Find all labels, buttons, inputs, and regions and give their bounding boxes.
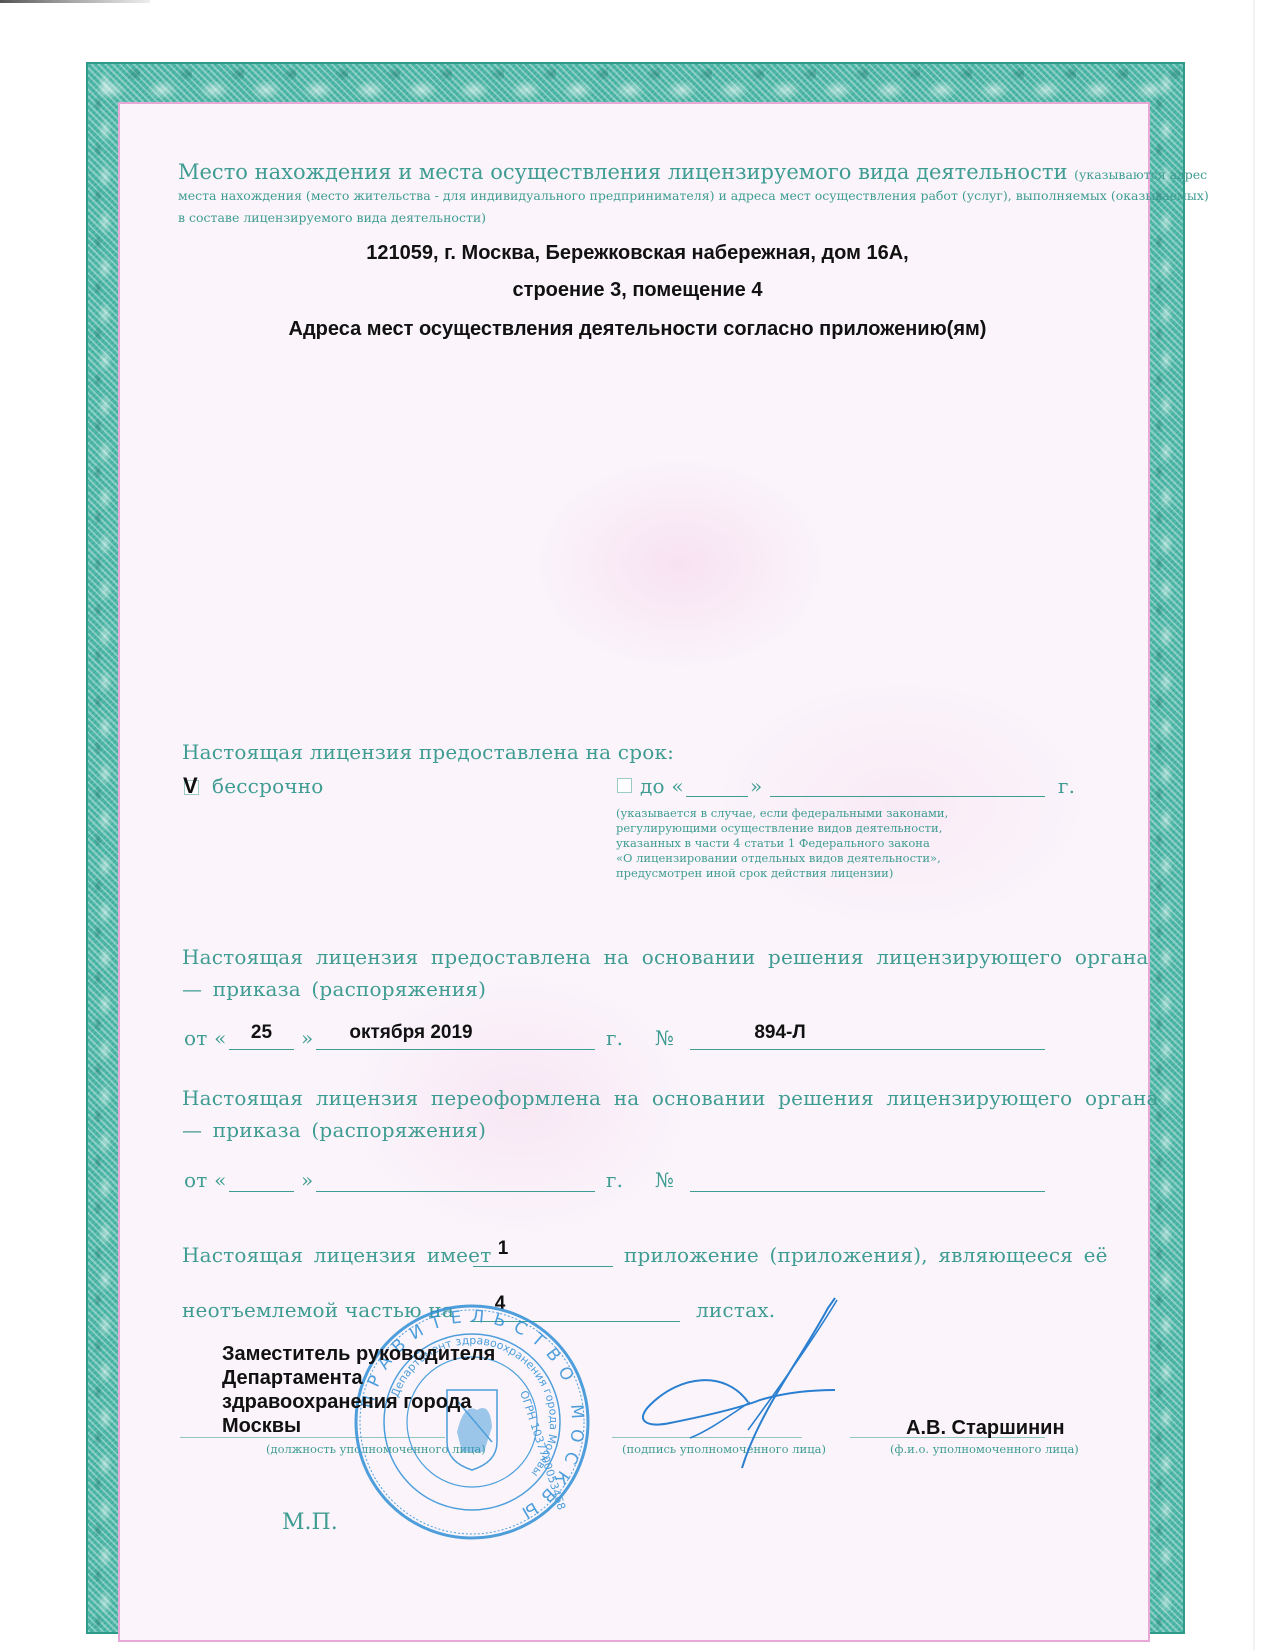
grant-decision-line-1: Настоящая лицензия предоставлена на осно… [182,945,1149,969]
grant-quote-close: » [301,1026,313,1050]
term-until-prefix: до « [640,774,684,798]
checkmark-icon: V [183,773,198,799]
reissue-day-field[interactable] [229,1191,294,1192]
grant-month-year-value: октября 2019 [316,1022,506,1044]
grant-number-label: № [655,1026,674,1050]
appendix-line1-suffix: приложение (приложения), являющееся её [624,1243,1108,1267]
reissue-number-label: № [655,1168,674,1192]
signatory-position-line: Департамента [222,1366,495,1390]
handwritten-signature [630,1290,850,1470]
term-note: (указывается в случае, если федеральными… [616,806,948,881]
reissue-month-year-field[interactable] [316,1191,595,1192]
address-line-3: Адреса мест осуществления деятельности с… [0,318,1275,341]
term-unlimited-label: бессрочно [212,774,324,798]
term-until-day-field[interactable] [686,796,748,797]
reissue-decision-line-1: Настоящая лицензия переоформлена на осно… [182,1086,1159,1110]
seal-place-label: М.П. [282,1510,338,1535]
signatory-name: А.В. Старшинин [906,1417,1065,1440]
term-note-line: «О лицензировании отдельных видов деятел… [616,851,948,866]
reissue-decision-line-2: — приказа (распоряжения) [182,1118,486,1142]
grant-decision-line-2: — приказа (распоряжения) [182,977,486,1001]
term-until-year-suffix: г. [1058,774,1075,798]
grant-year-suffix: г. [606,1026,623,1050]
signatory-position-line: здравоохранения города [222,1390,495,1414]
signatory-position-line: Заместитель руководителя [222,1342,495,1366]
name-caption: (ф.и.о. уполномоченного лица) [890,1442,1079,1456]
address-line-1: 121059, г. Москва, Бережковская набережн… [0,242,1275,265]
reissue-quote-close: » [301,1168,313,1192]
address-line-2: строение 3, помещение 4 [0,279,1275,302]
appendix-count-value: 1 [473,1238,533,1260]
grant-day-value: 25 [229,1022,294,1044]
signatory-position-line: Москвы [222,1414,495,1438]
term-note-line: регулирующими осуществление видов деятел… [616,821,948,836]
term-note-line: указанных в части 4 статьи 1 Федеральног… [616,836,948,851]
location-heading-title: Место нахождения и места осуществления л… [178,160,1067,184]
grant-day-field[interactable] [229,1049,294,1050]
term-label: Настоящая лицензия предоставлена на срок… [182,740,674,764]
location-heading: Место нахождения и места осуществления л… [178,160,1207,184]
grant-number-value: 894-Л [720,1022,840,1044]
appendix-count-field[interactable] [473,1266,613,1267]
scan-edge-mark [0,0,150,3]
location-heading-note-line2: места нахождения (место жительства - для… [178,188,1209,203]
term-until-month-year-field[interactable] [770,796,1045,797]
signatory-position: Заместитель руководителя Департамента зд… [222,1342,495,1438]
term-note-line: (указывается в случае, если федеральными… [616,806,948,821]
location-heading-note: (указываются адрес [1074,167,1207,182]
reissue-number-field[interactable] [690,1191,1045,1192]
guilloche-top-band [88,64,1183,102]
term-note-line: предусмотрен иной срок действия лицензии… [616,866,948,881]
appendix-line1-prefix: Настоящая лицензия имеет [182,1243,491,1267]
location-heading-note-line3: в составе лицензируемого вида деятельнос… [178,210,486,225]
reissue-from-label: от « [184,1168,227,1192]
grant-month-year-field[interactable] [316,1049,595,1050]
reissue-year-suffix: г. [606,1168,623,1192]
term-until-checkbox[interactable] [617,778,632,793]
grant-number-field[interactable] [690,1049,1045,1050]
term-until-quote-close: » [750,774,762,798]
grant-from-label: от « [184,1026,227,1050]
